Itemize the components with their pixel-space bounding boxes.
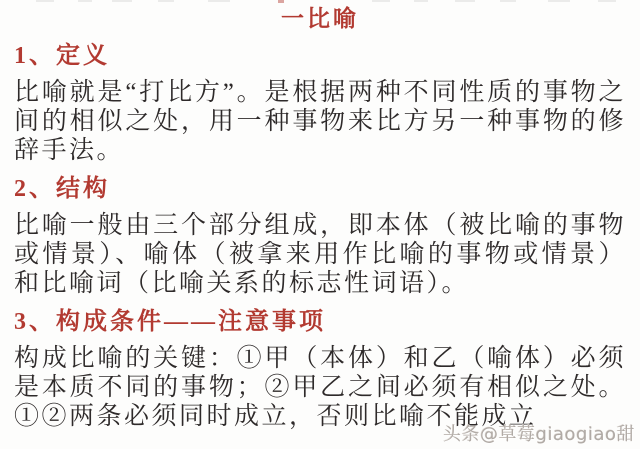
cropped-stroke [455,0,475,2]
cropped-stroke [36,0,54,2]
cropped-stroke [112,0,132,2]
section-2-body: 比喻一般由三个部分组成，即本体（被比喻的事物或情景）、喻体（被拿来用作比喻的事物… [14,211,626,298]
cropped-text-remnant [0,0,640,4]
section-2-heading: 2、结构 [14,176,626,202]
cropped-stroke [208,0,230,2]
document-content: 一比喻 1、定义 比喻就是“打比方”。是根据两种不同性质的事物之间的相似之处，用… [0,0,640,431]
cropped-stroke [598,0,616,2]
section-conditions: 3、构成条件——注意事项 构成比喻的关键：①甲（本体）和乙（喻体）必须是本质不同… [14,309,626,431]
cropped-stroke [548,0,570,2]
section-1-heading: 1、定义 [14,43,626,69]
section-1-body: 比喻就是“打比方”。是根据两种不同性质的事物之间的相似之处，用一种事物来比方另一… [14,78,626,165]
cropped-stroke [414,0,428,2]
page-title: 一比喻 [14,6,626,32]
cropped-stroke [158,0,174,2]
section-structure: 2、结构 比喻一般由三个部分组成，即本体（被比喻的事物或情景）、喻体（被拿来用作… [14,176,626,298]
section-3-heading: 3、构成条件——注意事项 [14,309,626,335]
section-definition: 1、定义 比喻就是“打比方”。是根据两种不同性质的事物之间的相似之处，用一种事物… [14,43,626,165]
cropped-stroke [372,0,390,2]
cropped-stroke [278,0,284,3]
cropped-stroke [500,0,516,2]
watermark: 头条@草莓giaogiao甜 [443,420,635,446]
section-3-body: 构成比喻的关键：①甲（本体）和乙（喻体）必须是本质不同的事物；②甲乙之间必须有相… [14,344,626,431]
cropped-stroke [78,0,92,2]
document-page: 一比喻 1、定义 比喻就是“打比方”。是根据两种不同性质的事物之间的相似之处，用… [0,0,640,449]
